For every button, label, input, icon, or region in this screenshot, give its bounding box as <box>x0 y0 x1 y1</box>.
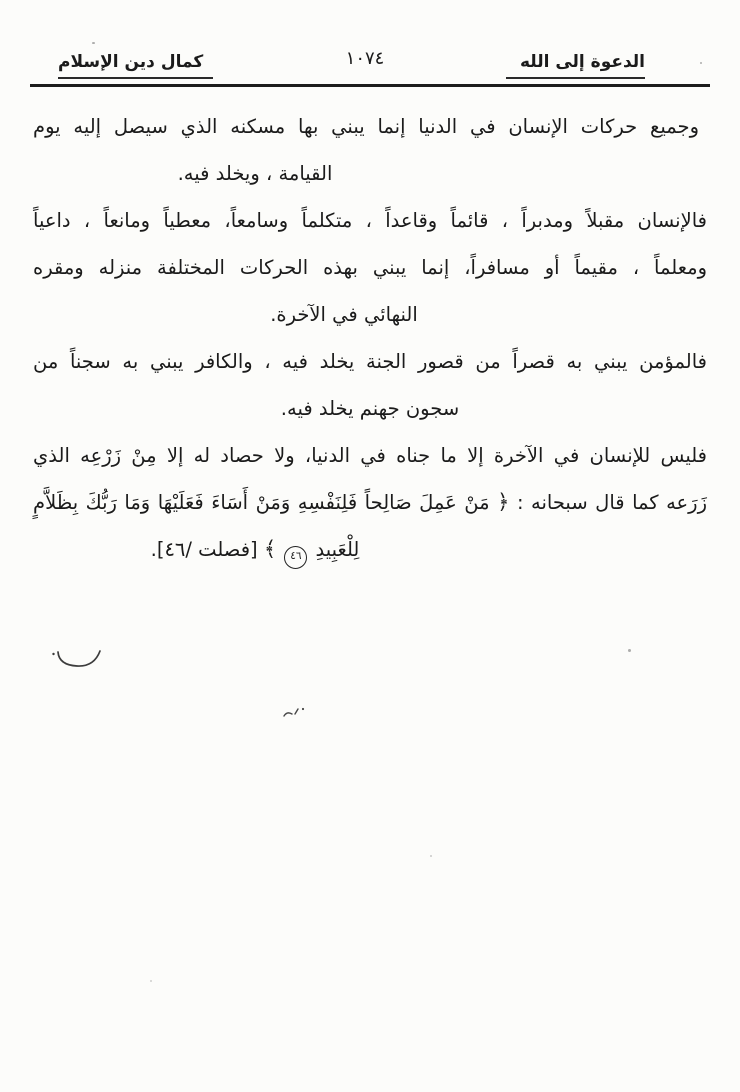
scan-artifact-speck <box>628 649 631 652</box>
paragraph-2-line-2: ومعلماً ، مقيماً أو مسافراً، إنما يبني ب… <box>33 244 707 291</box>
paragraph-4-line-1: فليس للإنسان في الآخرة إلا ما جناه في ال… <box>33 432 707 479</box>
book-page: الدعوة إلى الله ١٠٧٤ كمال دين الإسلام وج… <box>0 0 740 1092</box>
quote-intro: زَرَعه كما قال سبحانه : <box>517 491 707 514</box>
header-rule <box>30 84 710 87</box>
scan-artifact-speck <box>92 42 95 44</box>
header-section-title: الدعوة إلى الله <box>506 52 645 79</box>
quran-verse-last-word: لِلْعَبِيدِ <box>316 538 360 561</box>
scan-artifact-speck <box>700 62 702 64</box>
quran-verse-text: مَنْ عَمِلَ صَالِحاً فَلِنَفْسِهِ وَمَنْ… <box>33 491 490 514</box>
page-body: وجميع حركات الإنسان في الدنيا إنما يبني … <box>33 103 707 573</box>
paragraph-4-line-2: زَرَعه كما قال سبحانه : ﴿ مَنْ عَمِلَ صَ… <box>33 479 707 526</box>
scan-artifact-speck <box>430 855 432 857</box>
scan-artifact-squiggle <box>52 645 104 675</box>
verse-reference: [فصلت /٤٦]. <box>151 538 258 561</box>
scan-artifact-marks <box>282 705 312 721</box>
paragraph-1-line-2: القيامة ، ويخلد فيه. <box>33 150 707 197</box>
quran-opening-bracket: ﴿ <box>497 490 509 514</box>
paragraph-1-line-1: وجميع حركات الإنسان في الدنيا إنما يبني … <box>33 103 707 150</box>
verse-number-circle: ٤٦ <box>284 546 307 569</box>
scan-artifact-speck <box>150 980 152 982</box>
paragraph-2-line-1: فالإنسان مقبلاً ومدبراً ، قائماً وقاعداً… <box>33 197 707 244</box>
paragraph-3-line-2: سجون جهنم يخلد فيه. <box>33 385 707 432</box>
paragraph-2-line-3: النهائي في الآخرة. <box>33 291 707 338</box>
quran-closing-bracket: ﴾ <box>264 537 276 561</box>
paragraph-3-line-1: فالمؤمن يبني به قصراً من قصور الجنة يخلد… <box>33 338 707 385</box>
header-book-title: كمال دين الإسلام <box>58 52 213 79</box>
page-number: ١٠٧٤ <box>330 48 400 69</box>
verse-number: ٤٦ <box>290 551 301 562</box>
paragraph-4-line-3: لِلْعَبِيدِ ٤٦ ﴾ [فصلت /٤٦]. <box>33 526 707 573</box>
